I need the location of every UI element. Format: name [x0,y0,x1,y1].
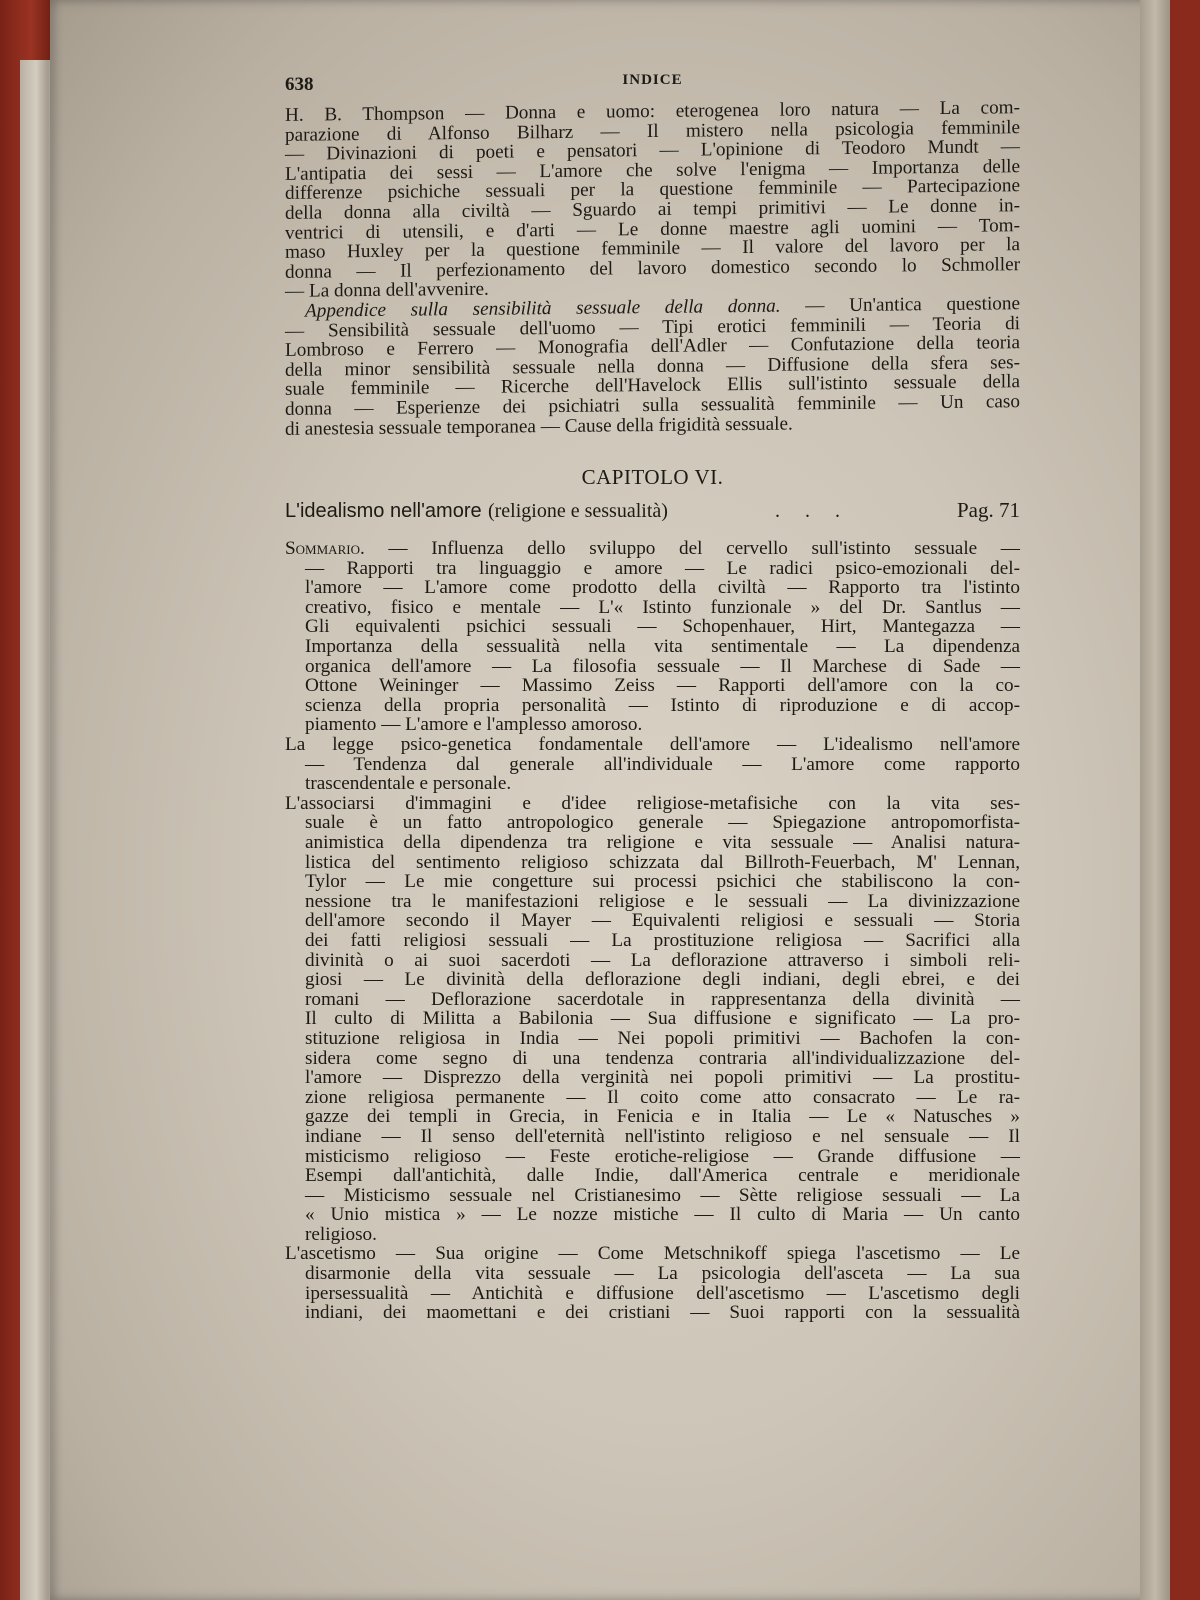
text-line: Tylor — Le mie congetture sui processi p… [285,872,1020,892]
appendix-paragraph: Appendice sulla sensibilità sessuale del… [285,294,1020,439]
text-line: Esempi dall'antichità, dalle Indie, dall… [285,1166,1020,1186]
summary-label: Sommario. [285,538,365,559]
text-line: sidera come segno di una tendenza contra… [285,1049,1020,1069]
text-line: organica dell'amore — La filosofia sessu… [285,657,1020,677]
text-line: Il culto di Militta a Babilonia — Sua di… [285,1009,1020,1029]
text-line: Gli equivalenti psichici sessuali — Scho… [285,617,1020,637]
summary-paragraph: H. B. Thompson — Donna e uomo: eterogene… [285,98,1020,302]
text-line: piamento — L'amore e l'amplesso amoroso. [285,715,1020,735]
chapter-title: L'idealismo nell'amore (religione e sess… [285,498,668,523]
text-line: giosi — Le divinità della deflorazione d… [285,970,1020,990]
summary-entry: Sommario. — Influenza dello sviluppo del… [285,539,1020,735]
text-line: « Unio mistica » — Le nozze mistiche — I… [285,1205,1020,1225]
summary-first-line: Sommario. — Influenza dello sviluppo del… [285,539,1020,559]
text-line: disarmonie della vita sessuale — La psic… [285,1264,1020,1284]
running-head: 638 INDICE [285,68,1020,98]
chapter-heading: CAPITOLO VI. [285,465,1020,490]
chapter-title-main: L'idealismo nell'amore [285,500,482,522]
text-line: dell'amore secondo il Mayer — Equivalent… [285,911,1020,931]
text-line: nessione tra le manifestazioni religiose… [285,892,1020,912]
text-line: indiane — Il senso dell'eternità nell'is… [285,1127,1020,1147]
summary-first-line-text: — Influenza dello sviluppo del cervello … [365,538,1020,559]
chapter-title-sub: (religione e sessualità) [488,500,668,522]
text-line: listica del sentimento religioso schizza… [285,853,1020,873]
chapter-title-row: L'idealismo nell'amore (religione e sess… [285,498,1020,523]
text-line: divinità o ai suoi sacerdoti — La deflor… [285,951,1020,971]
text-line: L'ascetismo — Sua origine — Come Metschn… [285,1244,1020,1264]
text-line: romani — Deflorazione sacerdotale in rap… [285,990,1020,1010]
text-line: — Misticismo sessuale nel Cristianesimo … [285,1186,1020,1206]
text-line: ipersessualità — Antichità e diffusione … [285,1284,1020,1304]
text-line: animistica della dipendenza tra religion… [285,833,1020,853]
dot-leader: . . . [668,500,957,523]
page-content: 638 INDICE H. B. Thompson — Donna e uomo… [285,68,1020,1323]
text-line: La legge psico-genetica fondamentale del… [285,735,1020,755]
text-line: gazze dei templi in Grecia, in Fenicia e… [285,1107,1020,1127]
summary-entry: L'associarsi d'immagini e d'idee religio… [285,794,1020,1245]
text-line: Ottone Weininger — Massimo Zeiss — Rappo… [285,676,1020,696]
text-line: l'amore — Disprezzo della verginità nei … [285,1068,1020,1088]
text-line: — Tendenza dal generale all'individuale … [285,755,1020,775]
text-line: L'associarsi d'immagini e d'idee religio… [285,794,1020,814]
text-line: misticismo religioso — Feste erotiche-re… [285,1147,1020,1167]
text-line: trascendentale e personale. [285,774,1020,794]
text-line: Importanza della sessualità nella vita s… [285,637,1020,657]
text-line: — Rapporti tra linguaggio e amore — Le r… [285,559,1020,579]
text-line: suale è un fatto antropologico generale … [285,813,1020,833]
text-line: stituzione religiosa in India — Nei popo… [285,1029,1020,1049]
text-line: zione religiosa permanente — Il coito co… [285,1088,1020,1108]
text-line: l'amore — L'amore come prodotto della ci… [285,578,1020,598]
text-line: scienza della propria personalità — Isti… [285,696,1020,716]
chapter-summary: Sommario. — Influenza dello sviluppo del… [285,539,1020,1323]
text-line: creativo, fisico e mentale — L'« Istinto… [285,598,1020,618]
text-line: religioso. [285,1225,1020,1245]
running-head-title: INDICE [285,72,1020,89]
chapter-page-ref: Pag. 71 [957,498,1020,523]
previous-chapter-summary: H. B. Thompson — Donna e uomo: eterogene… [285,98,1020,439]
summary-entry: L'ascetismo — Sua origine — Come Metschn… [285,1244,1020,1322]
page-gutter-shadow [1140,0,1170,1600]
text-line: indiani, dei maomettani e dei cristiani … [285,1303,1020,1323]
summary-entry: La legge psico-genetica fondamentale del… [285,735,1020,794]
text-line: dei fatti religiosi sessuali — La prosti… [285,931,1020,951]
